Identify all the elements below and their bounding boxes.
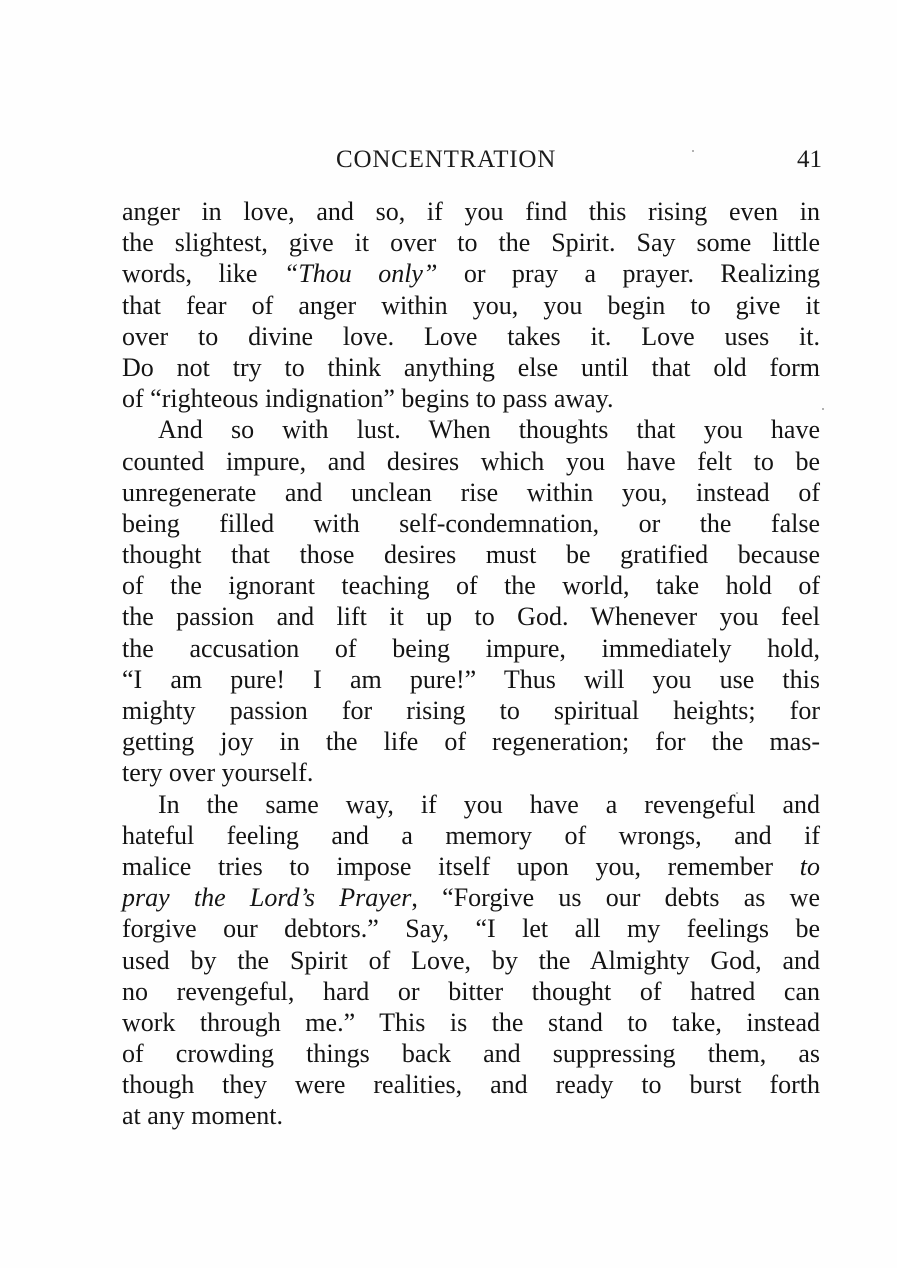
text-line: of crowding things back and suppressing … [122, 1038, 820, 1069]
text-run: , “Forgive us our debts as we [411, 883, 820, 912]
text-line: the slightest, give it over to the Spiri… [122, 227, 820, 258]
text-line: used by the Spirit of Love, by the Almig… [122, 945, 820, 976]
paragraph-1: anger in love, and so, if you find this … [122, 196, 820, 414]
text-run: malice tries to impose itself upon you, … [122, 852, 800, 881]
italic-phrase: to [800, 852, 820, 881]
scan-speck [692, 150, 694, 152]
text-line-with-italic: words, like “Thou only” or pray a prayer… [122, 258, 820, 289]
text-line: counted impure, and desires which you ha… [122, 446, 820, 477]
running-header: CONCENTRATION 41 [122, 146, 822, 180]
text-line-with-italic: pray the Lord’s Prayer, “Forgive us our … [122, 882, 820, 913]
text-line: being filled with self-condemnation, or … [122, 508, 820, 539]
text-line: thought that those desires must be grati… [122, 539, 820, 570]
scan-speck [736, 792, 738, 794]
scan-speck [822, 408, 824, 410]
paragraph-2: And so with lust. When thoughts that you… [122, 414, 820, 788]
text-line: the passion and lift it up to God. Whene… [122, 601, 820, 632]
text-line: anger in love, and so, if you find this … [122, 196, 820, 227]
body-text: anger in love, and so, if you find this … [122, 196, 820, 1132]
text-line: “I am pure! I am pure!” Thus will you us… [122, 664, 820, 695]
text-line: over to divine love. Love takes it. Love… [122, 321, 820, 352]
book-page: CONCENTRATION 41 anger in love, and so, … [0, 0, 897, 1268]
text-line: that fear of anger within you, you begin… [122, 290, 820, 321]
text-line-with-italic: malice tries to impose itself upon you, … [122, 851, 820, 882]
text-run: words, like [122, 259, 284, 288]
text-line: hateful feeling and a memory of wrongs, … [122, 820, 820, 851]
text-line: tery over yourself. [122, 757, 820, 788]
text-line: And so with lust. When thoughts that you… [122, 414, 820, 445]
text-line: though they were realities, and ready to… [122, 1069, 820, 1100]
text-run: or pray a prayer. Realizing [437, 259, 820, 288]
running-title: CONCENTRATION [336, 146, 556, 174]
text-line: getting joy in the life of regeneration;… [122, 726, 820, 757]
text-line: of “righteous indignation” begins to pas… [122, 383, 820, 414]
italic-phrase: pray the Lord’s Prayer [122, 883, 411, 912]
text-line: the accusation of being impure, immediat… [122, 633, 820, 664]
text-line: mighty passion for rising to spiritual h… [122, 695, 820, 726]
text-line: Do not try to think anything else until … [122, 352, 820, 383]
text-line: unregenerate and unclean rise within you… [122, 477, 820, 508]
paragraph-3: In the same way, if you have a revengefu… [122, 789, 820, 1132]
italic-phrase: “Thou only” [284, 259, 438, 288]
page-number: 41 [797, 146, 822, 174]
text-line: of the ignorant teaching of the world, t… [122, 570, 820, 601]
text-line: work through me.” This is the stand to t… [122, 1007, 820, 1038]
text-line: no revengeful, hard or bitter thought of… [122, 976, 820, 1007]
text-line: In the same way, if you have a revengefu… [122, 789, 820, 820]
text-line: forgive our debtors.” Say, “I let all my… [122, 913, 820, 944]
text-line: at any moment. [122, 1100, 820, 1131]
